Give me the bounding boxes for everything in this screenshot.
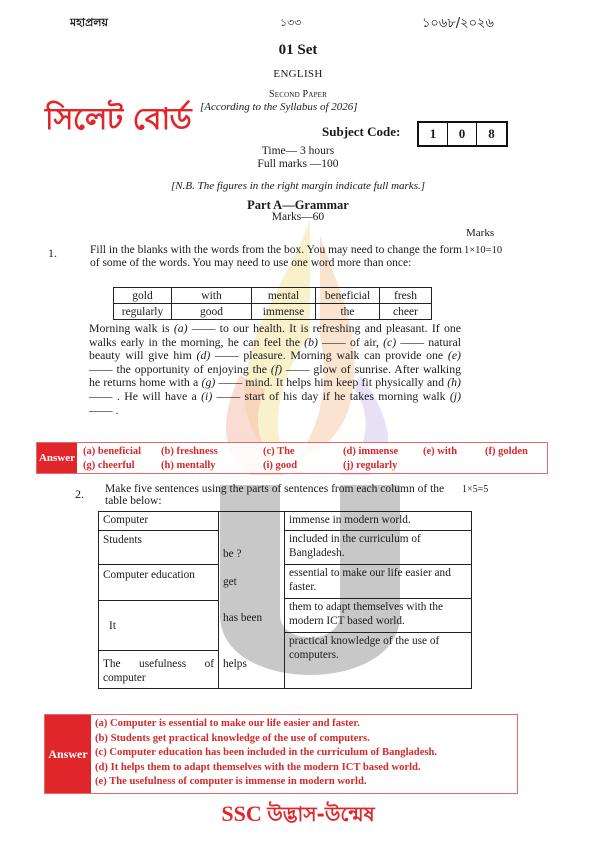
answer-item: (d) immense bbox=[343, 445, 423, 459]
subject-code-label: Subject Code: bbox=[322, 124, 400, 140]
word-cell: good bbox=[172, 304, 252, 320]
table-column-complements: immense in modern world. included in the… bbox=[285, 512, 471, 688]
table-cell: immense in modern world. bbox=[285, 512, 471, 530]
subject-code-digit: 0 bbox=[448, 123, 477, 145]
answer-item: (h) mentally bbox=[161, 459, 263, 473]
subject-code-boxes: 1 0 8 bbox=[417, 121, 508, 147]
word-cell: with bbox=[172, 288, 252, 304]
table-cell: It bbox=[99, 600, 218, 650]
footer-brand-bangla: উদ্ভাস-উন্মেষ bbox=[267, 802, 374, 826]
answer-item: (c) Computer education has been included… bbox=[95, 746, 437, 761]
passage-text: —— . bbox=[89, 403, 119, 417]
answer-label: Answer bbox=[37, 443, 77, 473]
word-cell: beneficial bbox=[316, 288, 380, 304]
passage-text: —— . He will have a bbox=[89, 389, 201, 403]
answer-item: (g) cheerful bbox=[83, 459, 161, 473]
table-cell: get bbox=[223, 576, 283, 588]
question-1-number: 1. bbox=[48, 246, 57, 261]
question-2-answer-box: Answer (a) Computer is essential to make… bbox=[44, 714, 518, 794]
board-name: সিলেট বোর্ড bbox=[45, 95, 191, 146]
answer-item: (e) The usefulness of computer is immens… bbox=[95, 775, 437, 790]
blank-marker: (e) bbox=[448, 348, 461, 362]
table-column-verbs: be ? get has been helps bbox=[219, 512, 285, 688]
question-1-passage: Morning walk is (a) —— to our health. It… bbox=[89, 322, 461, 417]
question-2-marks: 1×5=5 bbox=[462, 484, 488, 495]
blank-marker: (i) bbox=[201, 389, 212, 403]
table-cell: The usefulness of computer bbox=[99, 650, 218, 690]
blank-marker: (b) bbox=[304, 335, 318, 349]
passage-text: —— the opportunity of enjoying the bbox=[89, 362, 271, 376]
word-box: gold with mental beneficial fresh regula… bbox=[113, 287, 432, 320]
passage-text: —— mind. It helps him keep fit physicall… bbox=[215, 375, 447, 389]
table-cell: be ? bbox=[223, 548, 283, 560]
word-cell: mental bbox=[252, 288, 316, 304]
blank-marker: (c) bbox=[383, 335, 396, 349]
blank-marker: (f) bbox=[271, 362, 282, 376]
blank-marker: (j) bbox=[450, 389, 461, 403]
answer-item: (d) It helps them to adapt themselves wi… bbox=[95, 761, 437, 776]
blank-marker: (g) bbox=[202, 375, 216, 389]
syllabus-note: [According to the Syllabus of 2026] bbox=[200, 101, 358, 113]
page-number: ১৩৩ bbox=[280, 14, 301, 33]
question-2-instruction: Make five sentences using the parts of s… bbox=[105, 484, 455, 507]
answer-item: (a) beneficial bbox=[83, 445, 161, 459]
nb-note: [N.B. The figures in the right margin in… bbox=[0, 180, 596, 192]
part-marks: Marks—60 bbox=[0, 211, 596, 223]
subject-code-digit: 1 bbox=[419, 123, 448, 145]
subject-title: ENGLISH bbox=[0, 68, 596, 80]
table-cell: Computer education bbox=[99, 564, 218, 600]
footer-brand: SSC উদ্ভাস-উন্মেষ bbox=[0, 800, 596, 833]
word-cell: cheer bbox=[380, 304, 432, 320]
question-1-answer-box: Answer (a) beneficial (b) freshness (c) … bbox=[36, 442, 548, 474]
answer-item: (f) golden bbox=[485, 445, 547, 459]
table-cell: Computer bbox=[99, 512, 218, 530]
word-cell: fresh bbox=[380, 288, 432, 304]
passage-text: Morning walk is bbox=[89, 321, 174, 335]
question-1-instruction: Fill in the blanks with the words from t… bbox=[90, 244, 462, 270]
header-code: ১০৬৮/২০২৬ bbox=[422, 14, 494, 35]
marks-column-heading: Marks bbox=[466, 227, 494, 239]
word-box-row: gold with mental beneficial fresh bbox=[114, 288, 432, 304]
answer-item: (e) with bbox=[423, 445, 485, 459]
table-cell: Students bbox=[99, 530, 218, 564]
header-left-label: মহাপ্রলয় bbox=[70, 14, 108, 33]
footer-brand-latin: SSC bbox=[221, 801, 261, 826]
word-cell: gold bbox=[114, 288, 172, 304]
question-2-number: 2. bbox=[75, 487, 84, 502]
exam-time: Time— 3 hours bbox=[0, 145, 596, 157]
word-cell: the bbox=[316, 304, 380, 320]
answer-item: (i) good bbox=[263, 459, 343, 473]
subject-code-digit: 8 bbox=[477, 123, 506, 145]
passage-text: —— of air, bbox=[318, 335, 383, 349]
table-column-subjects: Computer Students Computer education It … bbox=[99, 512, 219, 688]
substitution-table: Computer Students Computer education It … bbox=[98, 511, 472, 689]
answer-item: (b) Students get practical knowledge of … bbox=[95, 732, 437, 747]
passage-text: —— start of his day if he takes morning … bbox=[212, 389, 450, 403]
table-cell: helps bbox=[223, 658, 283, 670]
table-cell: has been bbox=[223, 612, 283, 624]
blank-marker: (h) bbox=[447, 375, 461, 389]
word-box-row: regularly good immense the cheer bbox=[114, 304, 432, 320]
table-cell: essential to make our life easier and fa… bbox=[285, 564, 471, 598]
answer-label: Answer bbox=[45, 715, 91, 793]
table-cell: them to adapt themselves with the modern… bbox=[285, 598, 471, 632]
passage-text: —— pleasure. Morning walk can provide on… bbox=[210, 348, 448, 362]
set-title: 01 Set bbox=[0, 42, 596, 59]
blank-marker: (a) bbox=[174, 321, 188, 335]
answer-item: (b) freshness bbox=[161, 445, 263, 459]
full-marks: Full marks —100 bbox=[0, 158, 596, 170]
table-cell: practical knowledge of the use of comput… bbox=[285, 632, 471, 690]
word-cell: immense bbox=[252, 304, 316, 320]
word-cell: regularly bbox=[114, 304, 172, 320]
answer-item: (j) regularly bbox=[343, 459, 423, 473]
answer-item: (c) The bbox=[263, 445, 343, 459]
answer-item: (a) Computer is essential to make our li… bbox=[95, 717, 437, 732]
blank-marker: (d) bbox=[197, 348, 211, 362]
question-1-marks: 1×10=10 bbox=[464, 245, 502, 256]
table-cell: included in the curriculum of Bangladesh… bbox=[285, 530, 471, 564]
